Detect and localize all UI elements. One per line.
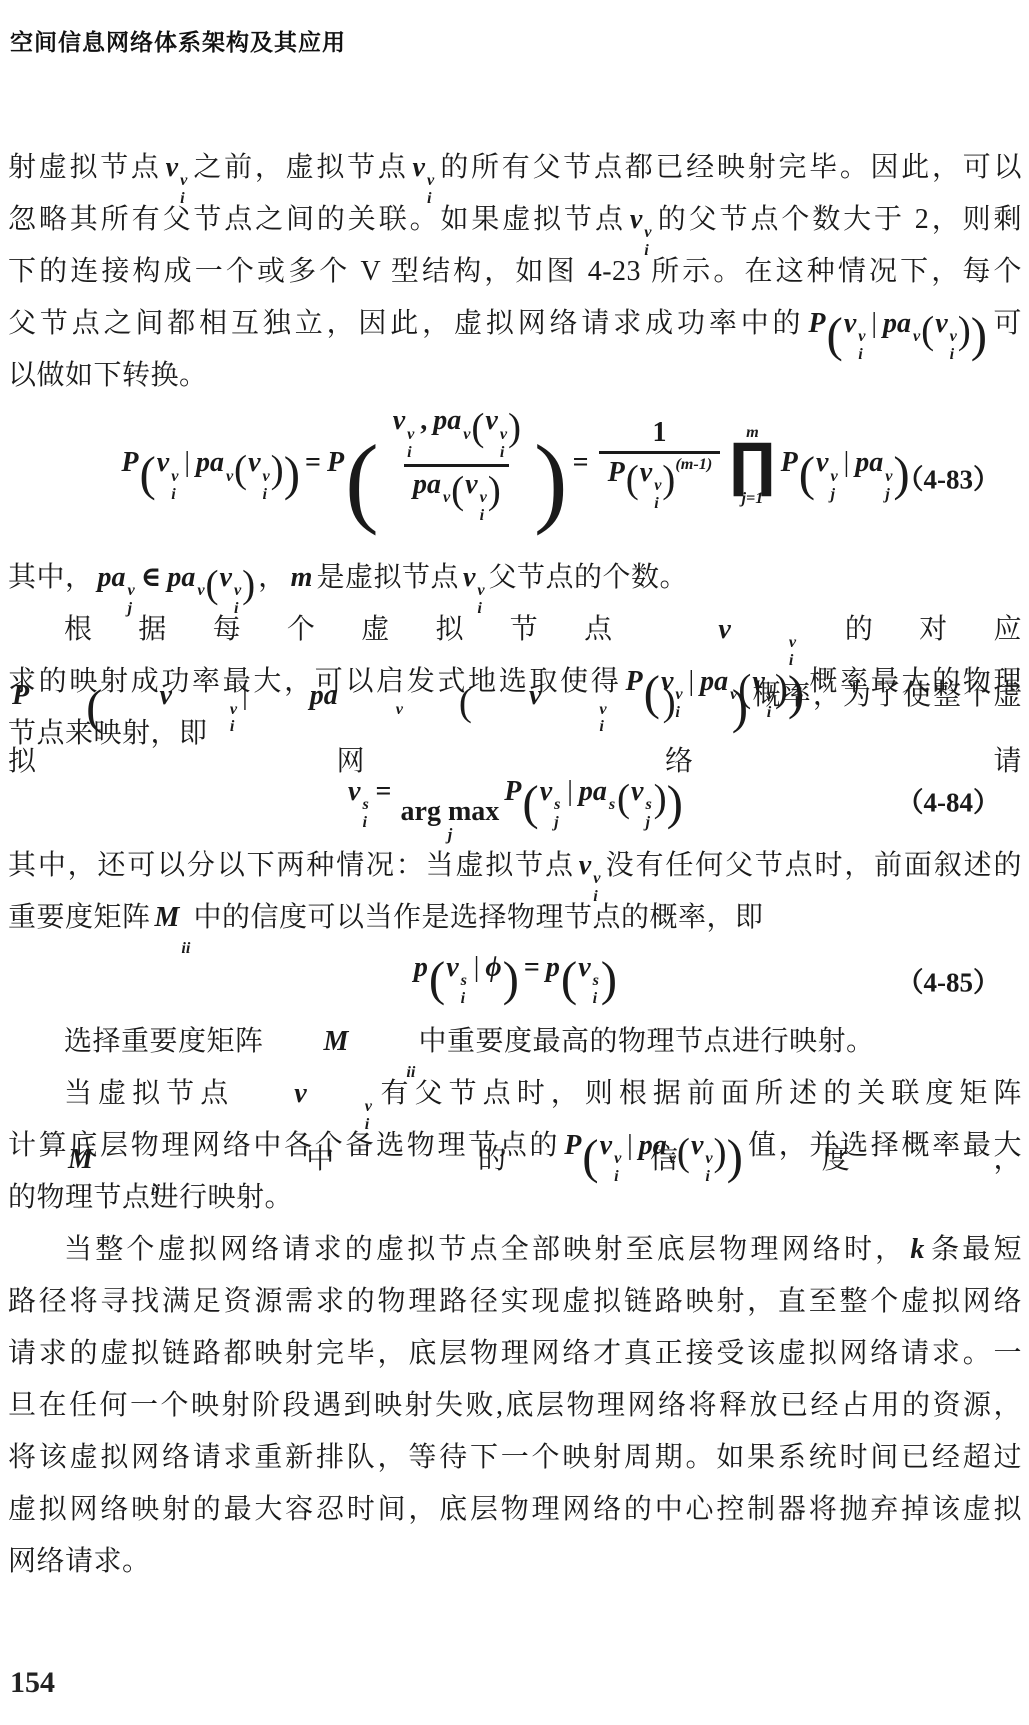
parenthesis: ) bbox=[654, 779, 667, 818]
superscript: v bbox=[128, 582, 136, 600]
equation-number: （4-83） bbox=[897, 458, 1001, 497]
variable-base: v bbox=[219, 562, 233, 593]
fraction-numerator: vvi,pav (vvi) bbox=[384, 403, 529, 463]
parenthesis: ( bbox=[921, 311, 934, 350]
superscript: s bbox=[609, 796, 617, 814]
parenthesis: ( bbox=[561, 954, 577, 1003]
text-run: 选择重要度矩阵 bbox=[64, 1026, 264, 1057]
inline-math: P(vvi|pav (vvi)) bbox=[625, 666, 805, 697]
subscript: i bbox=[614, 1168, 622, 1186]
equation-4-84: vsi=arg maxjP(vsj|pas (vsj))（4-84） bbox=[8, 760, 1022, 840]
variable-with-scripts: vvi bbox=[247, 449, 271, 503]
subscript: i bbox=[263, 486, 271, 504]
superscript: v bbox=[407, 426, 415, 444]
conditional-bar: | bbox=[179, 447, 195, 478]
text-run: 的所有父节点都已经映射完毕。因此，可以 bbox=[438, 152, 1022, 183]
text-run: 条最短 bbox=[928, 1234, 1022, 1265]
text-line: 旦在任何一个映射阶段遇到映射失败,底层物理网络将释放已经占用的资源， bbox=[8, 1380, 1022, 1432]
argmax-operator: arg maxj bbox=[401, 797, 500, 844]
parenthesis: ( bbox=[234, 450, 247, 489]
inline-math: m bbox=[290, 562, 314, 593]
variable-with-scripts: pav bbox=[195, 449, 234, 503]
math-text: , bbox=[415, 405, 432, 436]
inline-math: vvi bbox=[462, 562, 486, 593]
variable-with-scripts: vsi bbox=[445, 954, 469, 1008]
subscript: i bbox=[950, 346, 958, 364]
text-line: 忽略其所有父节点之间的关联。如果虚拟节点vvi的父节点个数大于 2，则剩 bbox=[8, 194, 1022, 246]
parenthesis: ( bbox=[522, 778, 538, 827]
math-fraction: vvi,pav (vvi)pav (vvi) bbox=[384, 403, 529, 526]
parenthesis: ( bbox=[677, 1133, 690, 1172]
variable-base: pa bbox=[195, 447, 225, 478]
text-line: 射虚拟节点vvi之前，虚拟节点vvi的所有父节点都已经映射完毕。因此，可以 bbox=[8, 142, 1022, 194]
superscript: v bbox=[463, 426, 471, 444]
text-line: 重要度矩阵M ii中的信度可以当作是选择物理节点的概率，即 bbox=[8, 892, 1022, 944]
variable-base: pa bbox=[638, 1130, 668, 1161]
text-run: 路径将寻找满足资源需求的物理路径实现虚拟链路映射，直至整个虚拟网络 bbox=[8, 1286, 1022, 1317]
equation-4-83: P(vvi|pav (vvi))=P(vvi,pav (vvi)pav (vvi… bbox=[8, 402, 1022, 552]
text-run: 的对应 bbox=[799, 614, 1022, 645]
math-text: ∈ bbox=[136, 562, 167, 593]
paragraph: 其中，pavj∈pav (vvi)，m是虚拟节点vvi父节点的个数。 bbox=[8, 552, 1022, 604]
parenthesis: ( bbox=[345, 435, 379, 526]
paragraph: 射虚拟节点vvi之前，虚拟节点vvi的所有父节点都已经映射完毕。因此，可以忽略其… bbox=[8, 142, 1022, 402]
parenthesis: ( bbox=[799, 449, 815, 498]
paragraph: 当整个虚拟网络请求的虚拟节点全部映射至底层物理网络时，k条最短路径将寻找满足资源… bbox=[8, 1224, 1022, 1588]
subscript: i bbox=[593, 990, 601, 1008]
page-body: 射虚拟节点vvi之前，虚拟节点vvi的所有父节点都已经映射完毕。因此，可以忽略其… bbox=[8, 142, 1022, 1588]
italic-variable: P bbox=[780, 447, 799, 478]
text-run: 父节点之间都相互独立，因此，虚拟网络请求成功率中的 bbox=[8, 308, 804, 339]
subscript: j bbox=[885, 486, 893, 504]
superscript: s bbox=[645, 796, 653, 814]
text-line: 当虚拟节点vvi有父节点时，则根据前面所述的关联度矩阵M ij中的信度， bbox=[8, 1068, 1022, 1120]
variable-base: v bbox=[577, 952, 591, 983]
script-stack: v bbox=[463, 426, 471, 462]
variable-base: v bbox=[751, 666, 765, 697]
variable-with-scripts: vvi bbox=[639, 459, 663, 513]
superscript: v bbox=[171, 468, 179, 486]
text-line: 父节点之间都相互独立，因此，虚拟网络请求成功率中的P(vvi|pav (vvi)… bbox=[8, 298, 1022, 350]
text-run: 计算底层物理网络中各个备选物理节点的 bbox=[8, 1130, 560, 1161]
script-stack: s bbox=[609, 796, 617, 832]
variable-base: v bbox=[815, 447, 829, 478]
italic-variable: P bbox=[607, 457, 626, 488]
parenthesis: ) bbox=[775, 669, 788, 708]
operator-name: arg max bbox=[401, 797, 500, 826]
text-line: 当整个虚拟网络请求的虚拟节点全部映射至底层物理网络时，k条最短 bbox=[8, 1224, 1022, 1276]
inline-math: vvi bbox=[629, 204, 653, 235]
variable-base: v bbox=[293, 1078, 307, 1109]
inline-math: k bbox=[909, 1234, 925, 1265]
text-run: 根据每个虚拟节点 bbox=[64, 614, 658, 645]
product-operator: m∏j=1 bbox=[729, 424, 775, 506]
parenthesis: ( bbox=[626, 460, 639, 499]
superscript: s bbox=[593, 972, 601, 990]
superscript: v bbox=[197, 582, 205, 600]
italic-variable: P bbox=[503, 776, 522, 807]
variable-base: pa bbox=[412, 469, 442, 500]
script-stack: vi bbox=[675, 686, 683, 722]
text-run: 中的信度可以当作是选择物理节点的概率，即 bbox=[193, 902, 763, 933]
variable-base: v bbox=[630, 776, 644, 807]
inline-math: vvi bbox=[165, 152, 189, 183]
script-stack: sj bbox=[645, 796, 653, 832]
parenthesis: ( bbox=[205, 565, 218, 604]
equation-4-85: p(vsi|ϕ)=p(vsi)（4-85） bbox=[8, 944, 1022, 1016]
paragraph: 选择重要度矩阵M ii中重要度最高的物理节点进行映射。 bbox=[8, 1016, 1022, 1068]
script-stack: si bbox=[593, 972, 601, 1008]
script-stack: si bbox=[362, 796, 370, 832]
variable-base: pa bbox=[166, 562, 196, 593]
variable-with-scripts: pavj bbox=[854, 449, 893, 503]
italic-variable: k bbox=[909, 1234, 925, 1265]
parenthesis: ( bbox=[644, 668, 660, 717]
inline-math: vvi bbox=[237, 1078, 372, 1109]
italic-variable: m bbox=[290, 562, 314, 593]
variable-base: M bbox=[323, 1026, 350, 1057]
subscript bbox=[669, 1168, 677, 1186]
subscript bbox=[609, 814, 617, 832]
inline-math: vvi bbox=[412, 152, 436, 183]
subscript: i bbox=[461, 990, 469, 1008]
variable-with-scripts: vvj bbox=[815, 449, 839, 503]
subscript: j bbox=[830, 486, 838, 504]
script-stack: vi bbox=[950, 328, 958, 364]
variable-with-scripts: pas bbox=[578, 778, 617, 832]
product-symbol: ∏ bbox=[729, 440, 775, 490]
variable-base: v bbox=[934, 308, 948, 339]
paragraph: 其中，还可以分以下两种情况：当虚拟节点vvi没有任何父节点时，前面叙述的重要度矩… bbox=[8, 840, 1022, 944]
text-run: 是虚拟节点 bbox=[316, 562, 459, 593]
variable-with-scripts: vsj bbox=[630, 778, 654, 832]
parenthesis: ) bbox=[714, 1133, 727, 1172]
subscript bbox=[463, 444, 471, 462]
variable-with-scripts: pav bbox=[412, 471, 451, 525]
variable-base: v bbox=[484, 405, 498, 436]
subscript bbox=[730, 704, 738, 722]
math-fraction: 1P(vvi)(m-1) bbox=[599, 415, 721, 515]
parenthesis: ) bbox=[271, 450, 284, 489]
superscript: v bbox=[234, 582, 242, 600]
conditional-bar: | bbox=[866, 308, 882, 339]
superscript: v bbox=[427, 172, 435, 190]
text-run: 概率最大的物理 bbox=[807, 666, 1022, 697]
variable-base: v bbox=[247, 447, 261, 478]
parenthesis: ( bbox=[582, 1132, 598, 1181]
text-run: ， bbox=[258, 562, 287, 593]
text-line: 网络请求。 bbox=[8, 1536, 1022, 1588]
conditional-bar: | bbox=[562, 776, 578, 807]
subscript: i bbox=[654, 495, 662, 513]
superscript: v bbox=[477, 582, 485, 600]
script-stack: v bbox=[913, 328, 921, 364]
subscript: i bbox=[675, 704, 683, 722]
variable-with-scripts: vsj bbox=[539, 778, 563, 832]
text-run: 值，并选择概率最大 bbox=[746, 1130, 1022, 1161]
script-stack: si bbox=[461, 972, 469, 1008]
text-run: 求的映射成功率最大，可以启发式地选取使得 bbox=[8, 666, 622, 697]
subscript bbox=[340, 718, 403, 736]
text-run: 虚拟网络映射的最大容忍时间，底层物理网络的中心控制器将抛弃掉该虚拟 bbox=[8, 1494, 1022, 1525]
equation-number: （4-84） bbox=[897, 781, 1001, 820]
parenthesis: ( bbox=[139, 449, 155, 498]
inline-math: P(vvi|pav (vvi)) bbox=[807, 308, 987, 339]
script-stack: vi bbox=[480, 489, 488, 525]
variable-with-scripts: vvi bbox=[599, 1132, 623, 1186]
script-stack: vi bbox=[767, 686, 775, 722]
subscript: j bbox=[554, 814, 562, 832]
conditional-bar: | bbox=[622, 1130, 638, 1161]
conditional-bar: | bbox=[684, 666, 700, 697]
variable-base: pa bbox=[882, 308, 912, 339]
text-run: 其中， bbox=[8, 562, 94, 593]
variable-with-scripts: pav bbox=[638, 1132, 677, 1186]
inline-math: pavj∈pav (vvi) bbox=[97, 562, 256, 593]
superscript: v bbox=[500, 426, 508, 444]
text-run: 重要度矩阵 bbox=[8, 902, 151, 933]
text-run: 当虚拟节点 bbox=[64, 1078, 234, 1109]
superscript: v bbox=[733, 634, 796, 652]
text-line: 请求的虚拟链路都映射完毕，底层物理网络才真正接受该虚拟网络请求。一 bbox=[8, 1328, 1022, 1380]
variable-with-scripts: vvi bbox=[751, 668, 775, 722]
text-run: 下的连接构成一个或多个 V 型结构，如图 4-23 所示。在这种情况下，每个 bbox=[8, 256, 1022, 287]
variable-with-scripts: vvi bbox=[464, 471, 488, 525]
parenthesis: ( bbox=[738, 669, 751, 708]
inline-math: vvi bbox=[578, 850, 602, 881]
math-text: = bbox=[300, 447, 326, 478]
subscript: i bbox=[480, 507, 488, 525]
text-line: 选择重要度矩阵M ii中重要度最高的物理节点进行映射。 bbox=[8, 1016, 1022, 1068]
parenthesis: ) bbox=[601, 954, 617, 1003]
parenthesis: ) bbox=[788, 668, 804, 717]
variable-with-scripts: vvi bbox=[934, 310, 958, 364]
variable-base: v bbox=[464, 469, 478, 500]
variable-base: v bbox=[843, 308, 857, 339]
subscript: i bbox=[171, 486, 179, 504]
superscript: v bbox=[226, 468, 234, 486]
subscript: i bbox=[858, 346, 866, 364]
variable-with-scripts: vvi bbox=[484, 407, 508, 461]
superscript: v bbox=[730, 686, 738, 704]
conditional-bar: | bbox=[839, 447, 855, 478]
italic-variable: ϕ bbox=[484, 952, 502, 983]
superscript: v bbox=[644, 224, 652, 242]
script-stack: v bbox=[669, 1150, 677, 1186]
variable-base: v bbox=[660, 666, 674, 697]
text-line: 计算底层物理网络中各个备选物理节点的P(vvi|pav (vvi))值，并选择概… bbox=[8, 1120, 1022, 1172]
text-run: 当整个虚拟网络请求的虚拟节点全部映射至底层物理网络时， bbox=[64, 1234, 906, 1265]
variable-base: pa bbox=[97, 562, 127, 593]
text-run: 节点来映射，即 bbox=[8, 718, 208, 749]
parenthesis: ) bbox=[534, 435, 568, 526]
variable-base: v bbox=[539, 776, 553, 807]
italic-variable: P bbox=[120, 447, 139, 478]
variable-base: v bbox=[165, 152, 179, 183]
parenthesis: ) bbox=[284, 449, 300, 498]
italic-variable: p bbox=[545, 952, 561, 983]
parenthesis: ) bbox=[662, 460, 675, 499]
variable-base: v bbox=[690, 1130, 704, 1161]
text-run: 之前，虚拟节点 bbox=[191, 152, 408, 183]
parenthesis: ) bbox=[242, 565, 255, 604]
text-run: 网络请求。 bbox=[8, 1546, 151, 1577]
text-run: 可 bbox=[990, 308, 1022, 339]
text-line: 求的映射成功率最大，可以启发式地选取使得P(vvi|pav (vvi))概率最大… bbox=[8, 656, 1022, 708]
text-run: 请求的虚拟链路都映射完毕，底层物理网络才真正接受该虚拟网络请求。一 bbox=[8, 1338, 1022, 1369]
superscript: v bbox=[480, 489, 488, 507]
variable-with-scripts: pav bbox=[699, 668, 738, 722]
text-run: 的物理节点进行映射。 bbox=[8, 1182, 293, 1213]
variable-base: v bbox=[392, 405, 406, 436]
variable-base: v bbox=[717, 614, 731, 645]
variable-base: M bbox=[154, 902, 181, 933]
subscript bbox=[913, 346, 921, 364]
superscript: v bbox=[263, 468, 271, 486]
variable-with-scripts: vvi bbox=[690, 1132, 714, 1186]
fraction-denominator: pav (vvi) bbox=[404, 464, 509, 527]
text-run: 有父节点时，则根据前面所述的关联度矩阵 bbox=[375, 1078, 1022, 1109]
text-line: 以做如下转换。 bbox=[8, 350, 1022, 402]
variable-with-scripts: vsi bbox=[577, 954, 601, 1008]
variable-base: pa bbox=[854, 447, 884, 478]
variable-with-scripts: vvi bbox=[843, 310, 867, 364]
variable-with-scripts: vvi bbox=[660, 668, 684, 722]
variable-base: v bbox=[156, 447, 170, 478]
parenthesis: ) bbox=[667, 778, 683, 827]
superscript: v bbox=[614, 1150, 622, 1168]
script-stack: vi bbox=[407, 426, 415, 462]
equation-body: P(vvi|pav (vvi))=P(vvi,pav (vvi)pav (vvi… bbox=[120, 403, 909, 526]
subscript: i bbox=[407, 444, 415, 462]
text-line: 根据每个虚拟节点vvi的对应P(vvi|pav (vvi))概率，为了使整个虚拟… bbox=[8, 604, 1022, 656]
math-text: = bbox=[371, 776, 397, 807]
italic-variable: p bbox=[413, 952, 429, 983]
italic-variable: P bbox=[807, 308, 826, 339]
script-stack: vj bbox=[885, 468, 893, 504]
superscript: v bbox=[654, 477, 662, 495]
variable-with-scripts: pav bbox=[432, 407, 471, 461]
text-run: 其中，还可以分以下两种情况：当虚拟节点 bbox=[8, 850, 575, 881]
text-line: 将该虚拟网络请求重新排队，等待下一个映射周期。如果系统时间已经超过 bbox=[8, 1432, 1022, 1484]
italic-variable: P bbox=[563, 1130, 582, 1161]
variable-base: v bbox=[578, 850, 592, 881]
text-run: 旦在任何一个映射阶段遇到映射失败,底层物理网络将释放已经占用的资源， bbox=[8, 1390, 1022, 1421]
subscript bbox=[226, 486, 234, 504]
text-run: 没有任何父节点时，前面叙述的 bbox=[604, 850, 1022, 881]
text-line: 下的连接构成一个或多个 V 型结构，如图 4-23 所示。在这种情况下，每个 bbox=[8, 246, 1022, 298]
parenthesis: ) bbox=[971, 310, 987, 359]
parenthesis: ) bbox=[503, 954, 519, 1003]
subscript: i bbox=[705, 1168, 713, 1186]
script-stack: vi bbox=[614, 1150, 622, 1186]
superscript bbox=[350, 1046, 415, 1064]
math-text: = bbox=[519, 952, 545, 983]
variable-with-scripts: vvi bbox=[156, 449, 180, 503]
superscript: v bbox=[885, 468, 893, 486]
operator-subscript: j bbox=[448, 826, 453, 844]
variable-with-scripts: vsi bbox=[347, 778, 371, 832]
fraction-numerator: 1 bbox=[639, 415, 679, 451]
text-line: 其中，还可以分以下两种情况：当虚拟节点vvi没有任何父节点时，前面叙述的 bbox=[8, 840, 1022, 892]
variable-base: v bbox=[639, 457, 653, 488]
subscript: i bbox=[543, 718, 606, 736]
text-run: 以做如下转换。 bbox=[8, 360, 208, 391]
variable-with-scripts: vvi bbox=[392, 407, 416, 461]
subscript bbox=[443, 507, 451, 525]
subscript: i bbox=[767, 704, 775, 722]
math-text: 1 bbox=[647, 417, 671, 448]
inline-math: P(vvi|pav (vvi)) bbox=[563, 1130, 743, 1161]
conditional-bar: | bbox=[469, 952, 485, 983]
variable-base: v bbox=[462, 562, 476, 593]
superscript: v bbox=[705, 1150, 713, 1168]
text-run: 父节点的个数。 bbox=[489, 562, 689, 593]
superscript: v bbox=[913, 328, 921, 346]
inline-math: M ii bbox=[267, 1026, 416, 1057]
book-page: 空间信息网络体系架构及其应用 射虚拟节点vvi之前，虚拟节点vvi的所有父节点都… bbox=[0, 0, 1029, 1725]
subscript: j bbox=[645, 814, 653, 832]
script-stack: v bbox=[226, 468, 234, 504]
script-stack: vi bbox=[171, 468, 179, 504]
text-run: 忽略其所有父节点之间的关联。如果虚拟节点 bbox=[8, 204, 626, 235]
parenthesis: ( bbox=[451, 471, 464, 510]
variable-base: v bbox=[629, 204, 643, 235]
text-run: 的父节点个数大于 2，则剩 bbox=[655, 204, 1022, 235]
superscript: v bbox=[443, 489, 451, 507]
variable-base: v bbox=[599, 1130, 613, 1161]
superscript: v bbox=[767, 686, 775, 704]
superscript: s bbox=[362, 796, 370, 814]
text-run: 中重要度最高的物理节点进行映射。 bbox=[418, 1026, 874, 1057]
italic-variable: P bbox=[625, 666, 644, 697]
paragraph: 根据每个虚拟节点vvi的对应P(vvi|pav (vvi))概率，为了使整个虚拟… bbox=[8, 604, 1022, 760]
parenthesis: ) bbox=[727, 1132, 743, 1181]
text-line: 虚拟网络映射的最大容忍时间，底层物理网络的中心控制器将抛弃掉该虚拟 bbox=[8, 1484, 1022, 1536]
script-stack: v bbox=[443, 489, 451, 525]
text-run: 射虚拟节点 bbox=[8, 152, 162, 183]
parenthesis: ) bbox=[958, 311, 971, 350]
superscript: v bbox=[669, 1150, 677, 1168]
variable-base: v bbox=[445, 952, 459, 983]
exponent: (m-1) bbox=[675, 455, 712, 473]
superscript: v bbox=[675, 686, 683, 704]
italic-variable: P bbox=[326, 447, 345, 478]
inline-math: vvi bbox=[661, 614, 796, 645]
equation-body: vsi=arg maxjP(vsj|pas (vsj)) bbox=[347, 776, 683, 844]
parenthesis: ) bbox=[508, 408, 521, 447]
parenthesis: ( bbox=[827, 310, 843, 359]
superscript: v bbox=[593, 870, 601, 888]
parenthesis: ( bbox=[471, 408, 484, 447]
math-text: = bbox=[568, 447, 594, 478]
inline-math: M ii bbox=[154, 902, 191, 933]
subscript: i bbox=[362, 814, 370, 832]
parenthesis: ( bbox=[617, 779, 630, 818]
variable-base: pa bbox=[699, 666, 729, 697]
subscript: i bbox=[500, 444, 508, 462]
text-run: 将该虚拟网络请求重新排队，等待下一个映射周期。如果系统时间已经超过 bbox=[8, 1442, 1022, 1473]
text-line: 其中，pavj∈pav (vvi)，m是虚拟节点vvi父节点的个数。 bbox=[8, 552, 1022, 604]
script-stack: vi bbox=[705, 1150, 713, 1186]
script-stack: vi bbox=[654, 477, 662, 513]
parenthesis: ) bbox=[488, 471, 501, 510]
fraction-denominator: P(vvi)(m-1) bbox=[599, 451, 721, 514]
superscript bbox=[181, 922, 190, 940]
superscript: v bbox=[309, 1098, 372, 1116]
product-lower: j=1 bbox=[742, 490, 764, 506]
script-stack: vi bbox=[500, 426, 508, 462]
